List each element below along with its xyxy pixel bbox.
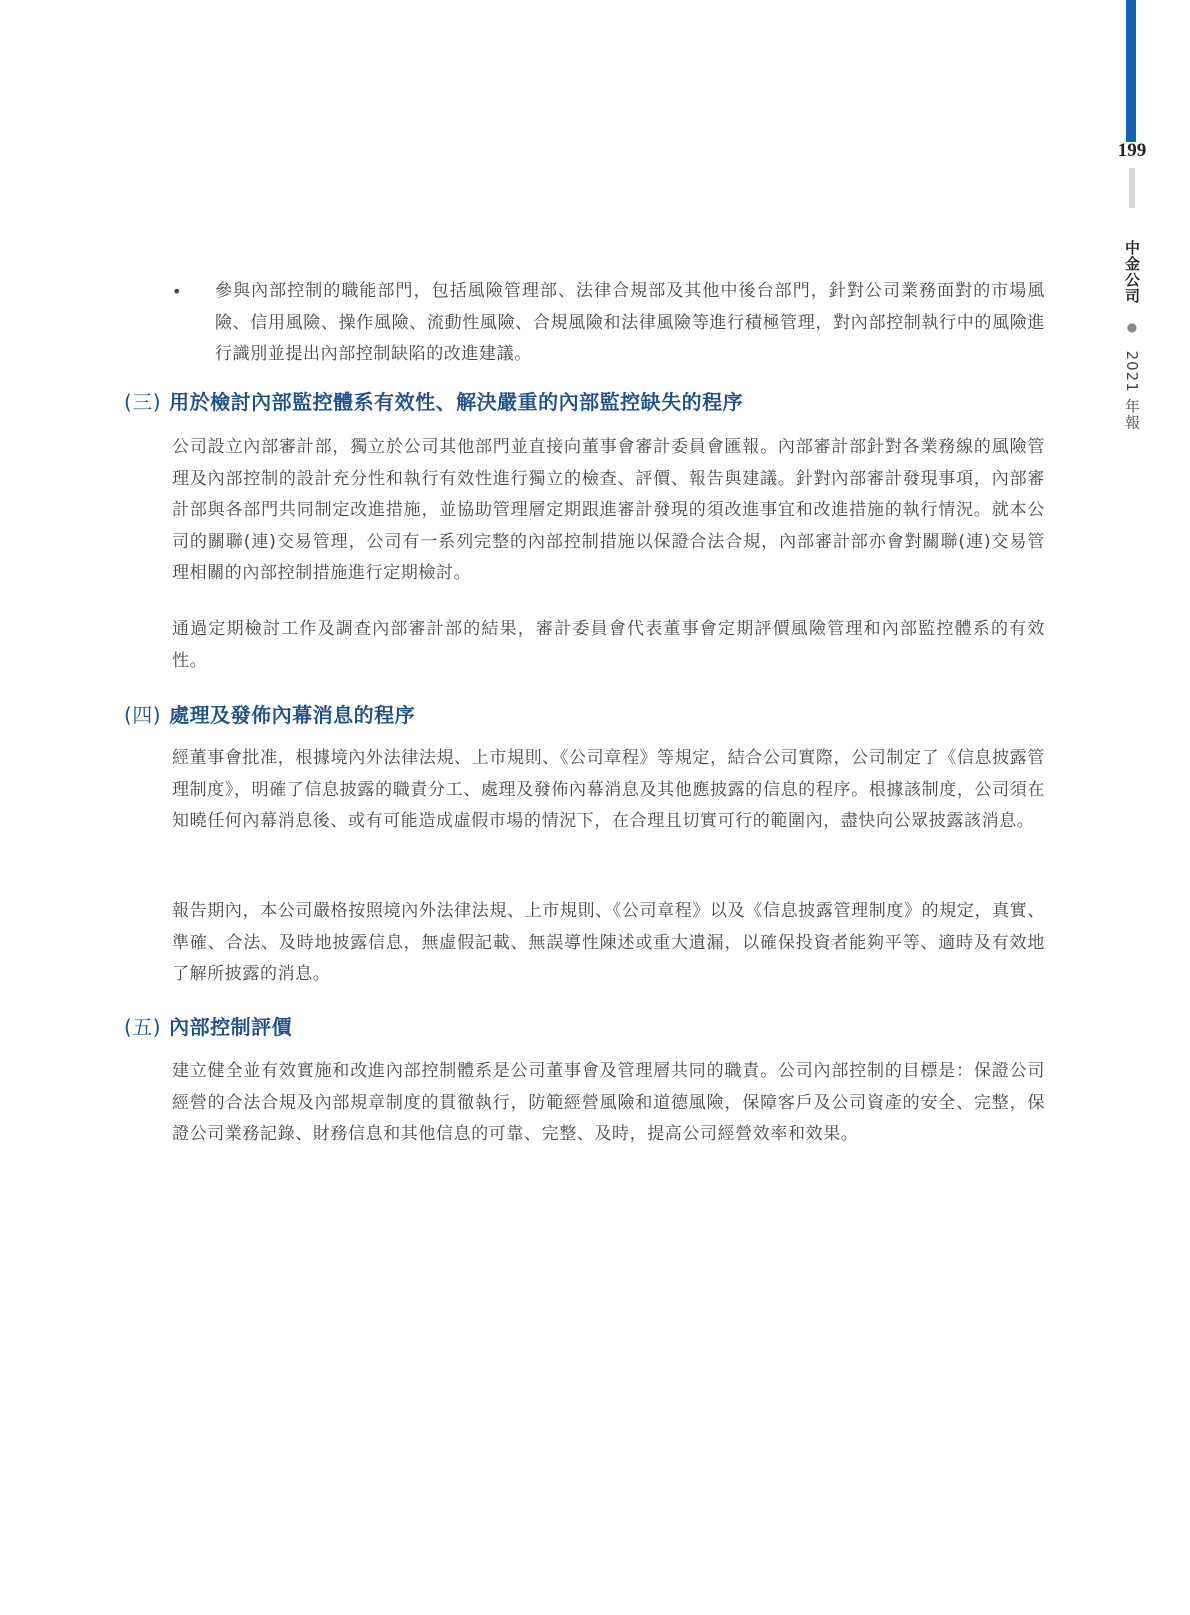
section-title: 內部控制評價 [169,1015,292,1039]
page-tab-accent-bar [1126,0,1136,142]
section-title: 處理及發佈內幕消息的程序 [169,703,415,727]
running-header: 中金公司 ● 2021 年報 [1120,240,1144,431]
section-title: 用於檢討內部監控體系有效性、解決嚴重的內部監控缺失的程序 [169,390,743,414]
section-heading-4: (四)處理及發佈內幕消息的程序 [124,701,415,729]
bullet-text: 參與內部控制的職能部門，包括風險管理部、法律合規部及其他中後台部門，針對公司業務… [215,276,1045,371]
section-number: (三) [124,390,161,414]
separator-dot-icon: ● [1120,320,1144,335]
section-3-paragraph-2: 通過定期檢討工作及調查內部審計部的結果，審計委員會代表董事會定期評價風險管理和內… [172,614,1045,677]
section-3-paragraph-1: 公司設立內部審計部，獨立於公司其他部門並直接向董事會審計委員會匯報。內部審計部針… [172,432,1045,590]
section-5-paragraph-1: 建立健全並有效實施和改進內部控制體系是公司董事會及管理層共同的職責。公司內部控制… [172,1056,1045,1151]
bullet-icon: • [172,276,181,308]
section-number: (四) [124,703,161,727]
section-4-paragraph-1: 經董事會批准，根據境內外法律法規、上市規則、《公司章程》等規定，結合公司實際，公… [172,743,1045,838]
section-heading-5: (五)內部控制評價 [124,1013,292,1041]
page-tab-grey-bar [1129,168,1135,208]
section-number: (五) [124,1015,161,1039]
page-number: 199 [1108,140,1156,162]
report-label: 2021 年報 [1123,351,1141,431]
company-name: 中金公司 [1123,240,1141,304]
section-4-paragraph-2: 報告期內，本公司嚴格按照境內外法律法規、上市規則、《公司章程》以及《信息披露管理… [172,896,1045,991]
section-heading-3: (三)用於檢討內部監控體系有效性、解決嚴重的內部監控缺失的程序 [124,388,743,416]
